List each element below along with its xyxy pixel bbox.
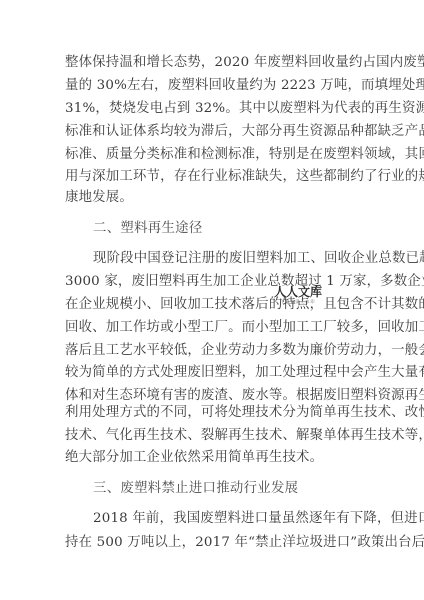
paragraph-line: 落后且工艺水平较低，企业劳动力多数为廉价劳动力，一般会采用	[65, 342, 361, 360]
paragraph-line: 标准、质量分类标准和检测标准，特别是在废塑料领域，其回收利	[65, 146, 361, 164]
paragraph-line: 技术、气化再生技术、裂解再生技术、解聚单体再生技术等，目前	[65, 427, 361, 445]
watermark-title: 人人文库	[268, 286, 328, 299]
paragraph-line: 整体保持温和增长态势，2020 年废塑料回收量约占国内废塑料产生	[65, 54, 361, 72]
document-page: 整体保持温和增长态势，2020 年废塑料回收量约占国内废塑料产生 量的 30%左…	[0, 0, 424, 600]
paragraph-line: 回收、加工作坊或小型工厂。而小型加工工厂较多，回收加工设备	[65, 319, 361, 337]
paragraph-line: 标准和认证体系均较为滞后，大部分再生资源品种都缺乏产品技术	[65, 123, 361, 141]
paragraph-line: 绝大部分加工企业依然采用简单再生技术。	[65, 449, 361, 467]
section-heading: 三、废塑料禁止进口推动行业发展	[93, 480, 298, 498]
paragraph-line: 较为简单的方式处理废旧塑料，加工处理过程中会产生大量有毒气	[65, 364, 361, 382]
paragraph-line: 利用处理方式的不同，可将处理技术分为简单再生技术、改性再生	[65, 404, 361, 422]
paragraph-line: 持在 500 万吨以上，2017 年“禁止洋垃圾进口”政策出台后，2018	[65, 534, 361, 552]
paragraph-line: 康地发展。	[65, 189, 361, 207]
paragraph-line: 量的 30%左右，废塑料回收量约为 2223 万吨，而填埋处理占到	[65, 77, 361, 95]
watermark-subtitle: 下载高清无水印	[268, 299, 328, 304]
paragraph-line: 2018 年前，我国废塑料进口量虽然逐年有下降，但进口量仍保	[93, 510, 361, 528]
paragraph-line: 体和对生态环境有害的废渣、废水等。根据废旧塑料资源再生循环	[65, 387, 361, 405]
paragraph-line: 31%，焚烧发电占到 32%。其中以废塑料为代表的再生资源的回收	[65, 100, 361, 118]
watermark-logo: 人人文库 下载高清无水印	[268, 286, 328, 304]
paragraph-line: 现阶段中国登记注册的废旧塑料加工、回收企业总数已超过	[93, 250, 361, 268]
section-heading: 二、塑料再生途径	[93, 220, 203, 238]
paragraph-line: 用与深加工环节，存在行业标准缺失，这些都制约了行业的规范健	[65, 168, 361, 186]
